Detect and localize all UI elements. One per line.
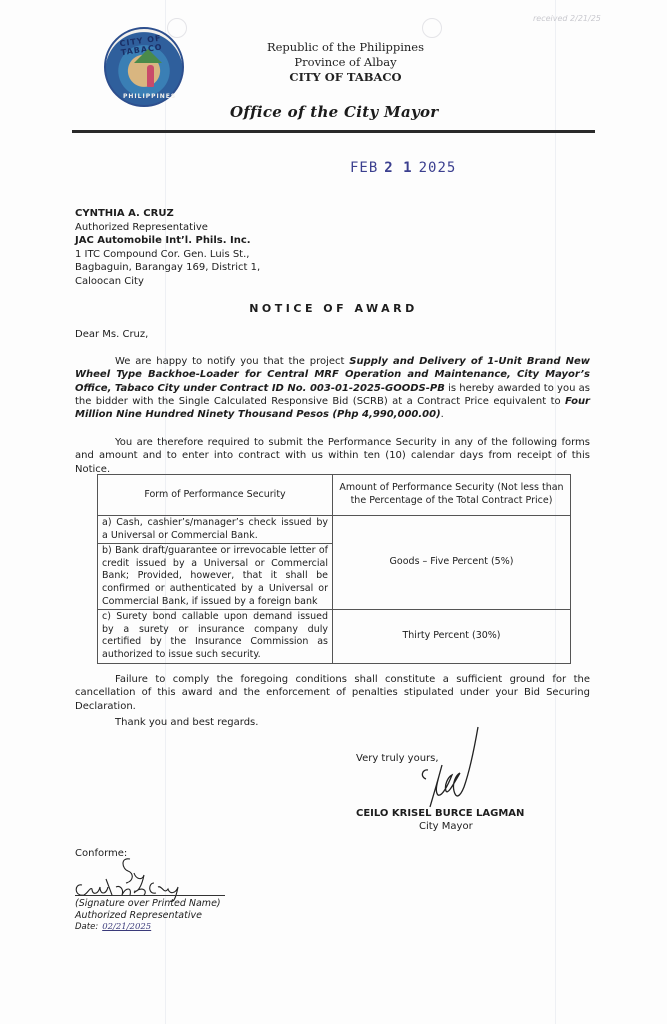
stamp-year: 2025 <box>419 160 457 176</box>
failure-paragraph: Failure to comply the foregoing conditio… <box>75 673 590 713</box>
addressee-name: CYNTHIA A. CRUZ <box>75 207 260 221</box>
stamp-month: FEB <box>350 160 378 176</box>
addressee-block: CYNTHIA A. CRUZ Authorized Representativ… <box>75 207 260 288</box>
received-date-stamp: FEB2 12025 <box>350 160 456 176</box>
signature-line <box>75 895 225 896</box>
award-paragraph: We are happy to notify you that the proj… <box>75 355 590 421</box>
table-row: a) Cash, cashier’s/manager’s check issue… <box>98 516 571 544</box>
form-cell: c) Surety bond callable upon demand issu… <box>98 610 333 663</box>
signatory-name: CEILO KRISEL BURCE LAGMAN <box>356 808 524 819</box>
header-city: CITY OF TABACO <box>12 70 667 84</box>
document-title: NOTICE OF AWARD <box>0 302 667 315</box>
requirement-paragraph: You are therefore required to submit the… <box>75 436 590 476</box>
addressee-company: JAC Automobile Int’l. Phils. Inc. <box>75 234 260 248</box>
p3-text: Failure to comply the foregoing conditio… <box>75 674 590 712</box>
signatory-title: City Mayor <box>419 821 473 832</box>
header-republic: Republic of the Philippines <box>12 40 667 54</box>
p2-text: You are therefore required to submit the… <box>75 437 590 475</box>
table-row: c) Surety bond callable upon demand issu… <box>98 610 571 663</box>
marginal-note: received 2/21/25 <box>533 14 601 23</box>
table-header-amount: Amount of Performance Security (Not less… <box>333 475 571 516</box>
stamp-day: 2 1 <box>384 160 412 176</box>
conforme-date: Date:02/21/2025 <box>75 922 151 932</box>
header-divider <box>72 130 595 133</box>
thanks-line: Thank you and best regards. <box>115 717 258 728</box>
date-label: Date: <box>75 922 98 932</box>
seal-bottom-text: PHILIPPINES <box>123 93 176 100</box>
amount-cell: Goods – Five Percent (5%) <box>333 516 571 610</box>
p1-end: . <box>441 409 444 420</box>
punch-hole <box>422 18 442 38</box>
p1-intro: We are happy to notify you that the proj… <box>115 356 349 367</box>
addressee-position: Authorized Representative <box>75 221 260 235</box>
form-cell: a) Cash, cashier’s/manager’s check issue… <box>98 516 333 544</box>
office-title: Office of the City Mayor <box>230 103 439 121</box>
address-line: Bagbaguin, Barangay 169, District 1, <box>75 261 260 275</box>
conforme-position: Authorized Representative <box>75 910 202 921</box>
performance-security-table: Form of Performance Security Amount of P… <box>97 474 571 664</box>
date-value: 02/21/2025 <box>102 922 151 932</box>
mayor-signature <box>408 725 488 810</box>
signature-caption: (Signature over Printed Name) <box>75 898 221 909</box>
table-header-form: Form of Performance Security <box>98 475 333 516</box>
salutation: Dear Ms. Cruz, <box>75 329 148 340</box>
amount-cell: Thirty Percent (30%) <box>333 610 571 663</box>
form-cell: b) Bank draft/guarantee or irrevocable l… <box>98 544 333 610</box>
header-province: Province of Albay <box>12 55 667 69</box>
address-line: 1 ITC Compound Cor. Gen. Luis St., <box>75 248 260 262</box>
address-line: Caloocan City <box>75 275 260 289</box>
